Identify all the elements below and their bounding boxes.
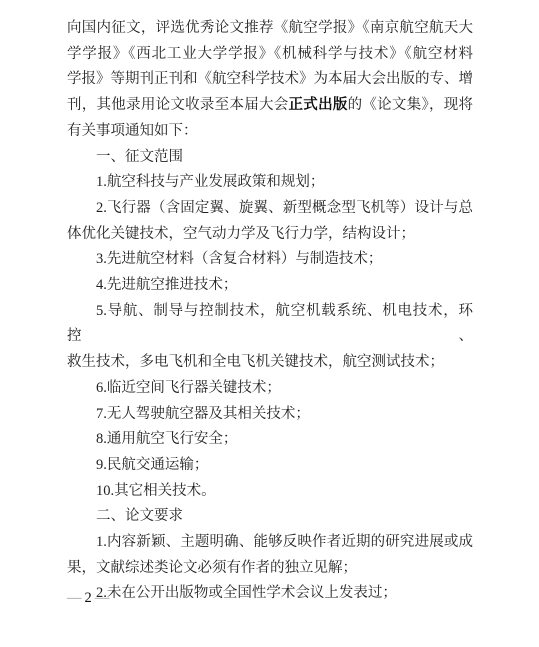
list-item: 5.导航、制导与控制技术，航空机载系统、机电技术，环控、 xyxy=(67,299,473,350)
page-number-dash: — xyxy=(67,590,82,606)
page-number: —2— xyxy=(67,590,109,607)
list-item: 1.航空科技与产业发展政策和规划； xyxy=(67,170,473,196)
page-number-value: 2 xyxy=(85,590,92,606)
list-item: 6.临近空间飞行器关键技术； xyxy=(67,376,473,402)
text-line: 刊，其他录用论文收录至本届大会正式出版的《论文集》，现将 xyxy=(67,93,473,119)
list-item: 1.内容新颖、主题明确、能够反映作者近期的研究进展或成 xyxy=(67,530,473,556)
text-line: 体优化关键技术，空气动力学及飞行力学，结构设计； xyxy=(67,222,473,248)
list-item: 2.飞行器（含固定翼、旋翼、新型概念型飞机等）设计与总 xyxy=(67,196,473,222)
list-item: 8.通用航空飞行安全； xyxy=(67,427,473,453)
text-line: 救生技术，多电飞机和全电飞机关键技术，航空测试技术； xyxy=(67,350,473,376)
list-item: 4.先进航空推进技术； xyxy=(67,273,473,299)
list-item: 9.民航交通运输； xyxy=(67,453,473,479)
document-page: 向国内征文，评选优秀论文推荐《航空学报》《南京航空航天大 学学报》《西北工业大学… xyxy=(0,0,539,647)
bold-phrase: 正式出版 xyxy=(289,97,348,113)
section-heading: 一、征文范围 xyxy=(67,145,473,171)
list-item: 7.无人驾驶航空器及其相关技术； xyxy=(67,402,473,428)
text-line: 向国内征文，评选优秀论文推荐《航空学报》《南京航空航天大 xyxy=(67,16,473,42)
document-body: 向国内征文，评选优秀论文推荐《航空学报》《南京航空航天大 学学报》《西北工业大学… xyxy=(67,16,473,607)
text-line: 果，文献综述类论文必须有作者的独立见解； xyxy=(67,556,473,582)
section-heading: 二、论文要求 xyxy=(67,504,473,530)
list-item: 2.未在公开出版物或全国性学术会议上发表过； xyxy=(67,581,473,607)
list-item: 10.其它相关技术。 xyxy=(67,479,473,505)
text-line: 学学报》《西北工业大学学报》《机械科学与技术》《航空材料 xyxy=(67,42,473,68)
list-item: 3.先进航空材料（含复合材料）与制造技术； xyxy=(67,247,473,273)
line-segment: 刊，其他录用论文收录至本届大会 xyxy=(67,97,289,113)
page-number-dash: — xyxy=(95,590,110,606)
text-line: 学报》等期刊正刊和《航空科学技术》为本届大会出版的专、增 xyxy=(67,67,473,93)
line-segment: 的《论文集》，现将 xyxy=(348,97,473,113)
text-line: 有关事项通知如下： xyxy=(67,119,473,145)
